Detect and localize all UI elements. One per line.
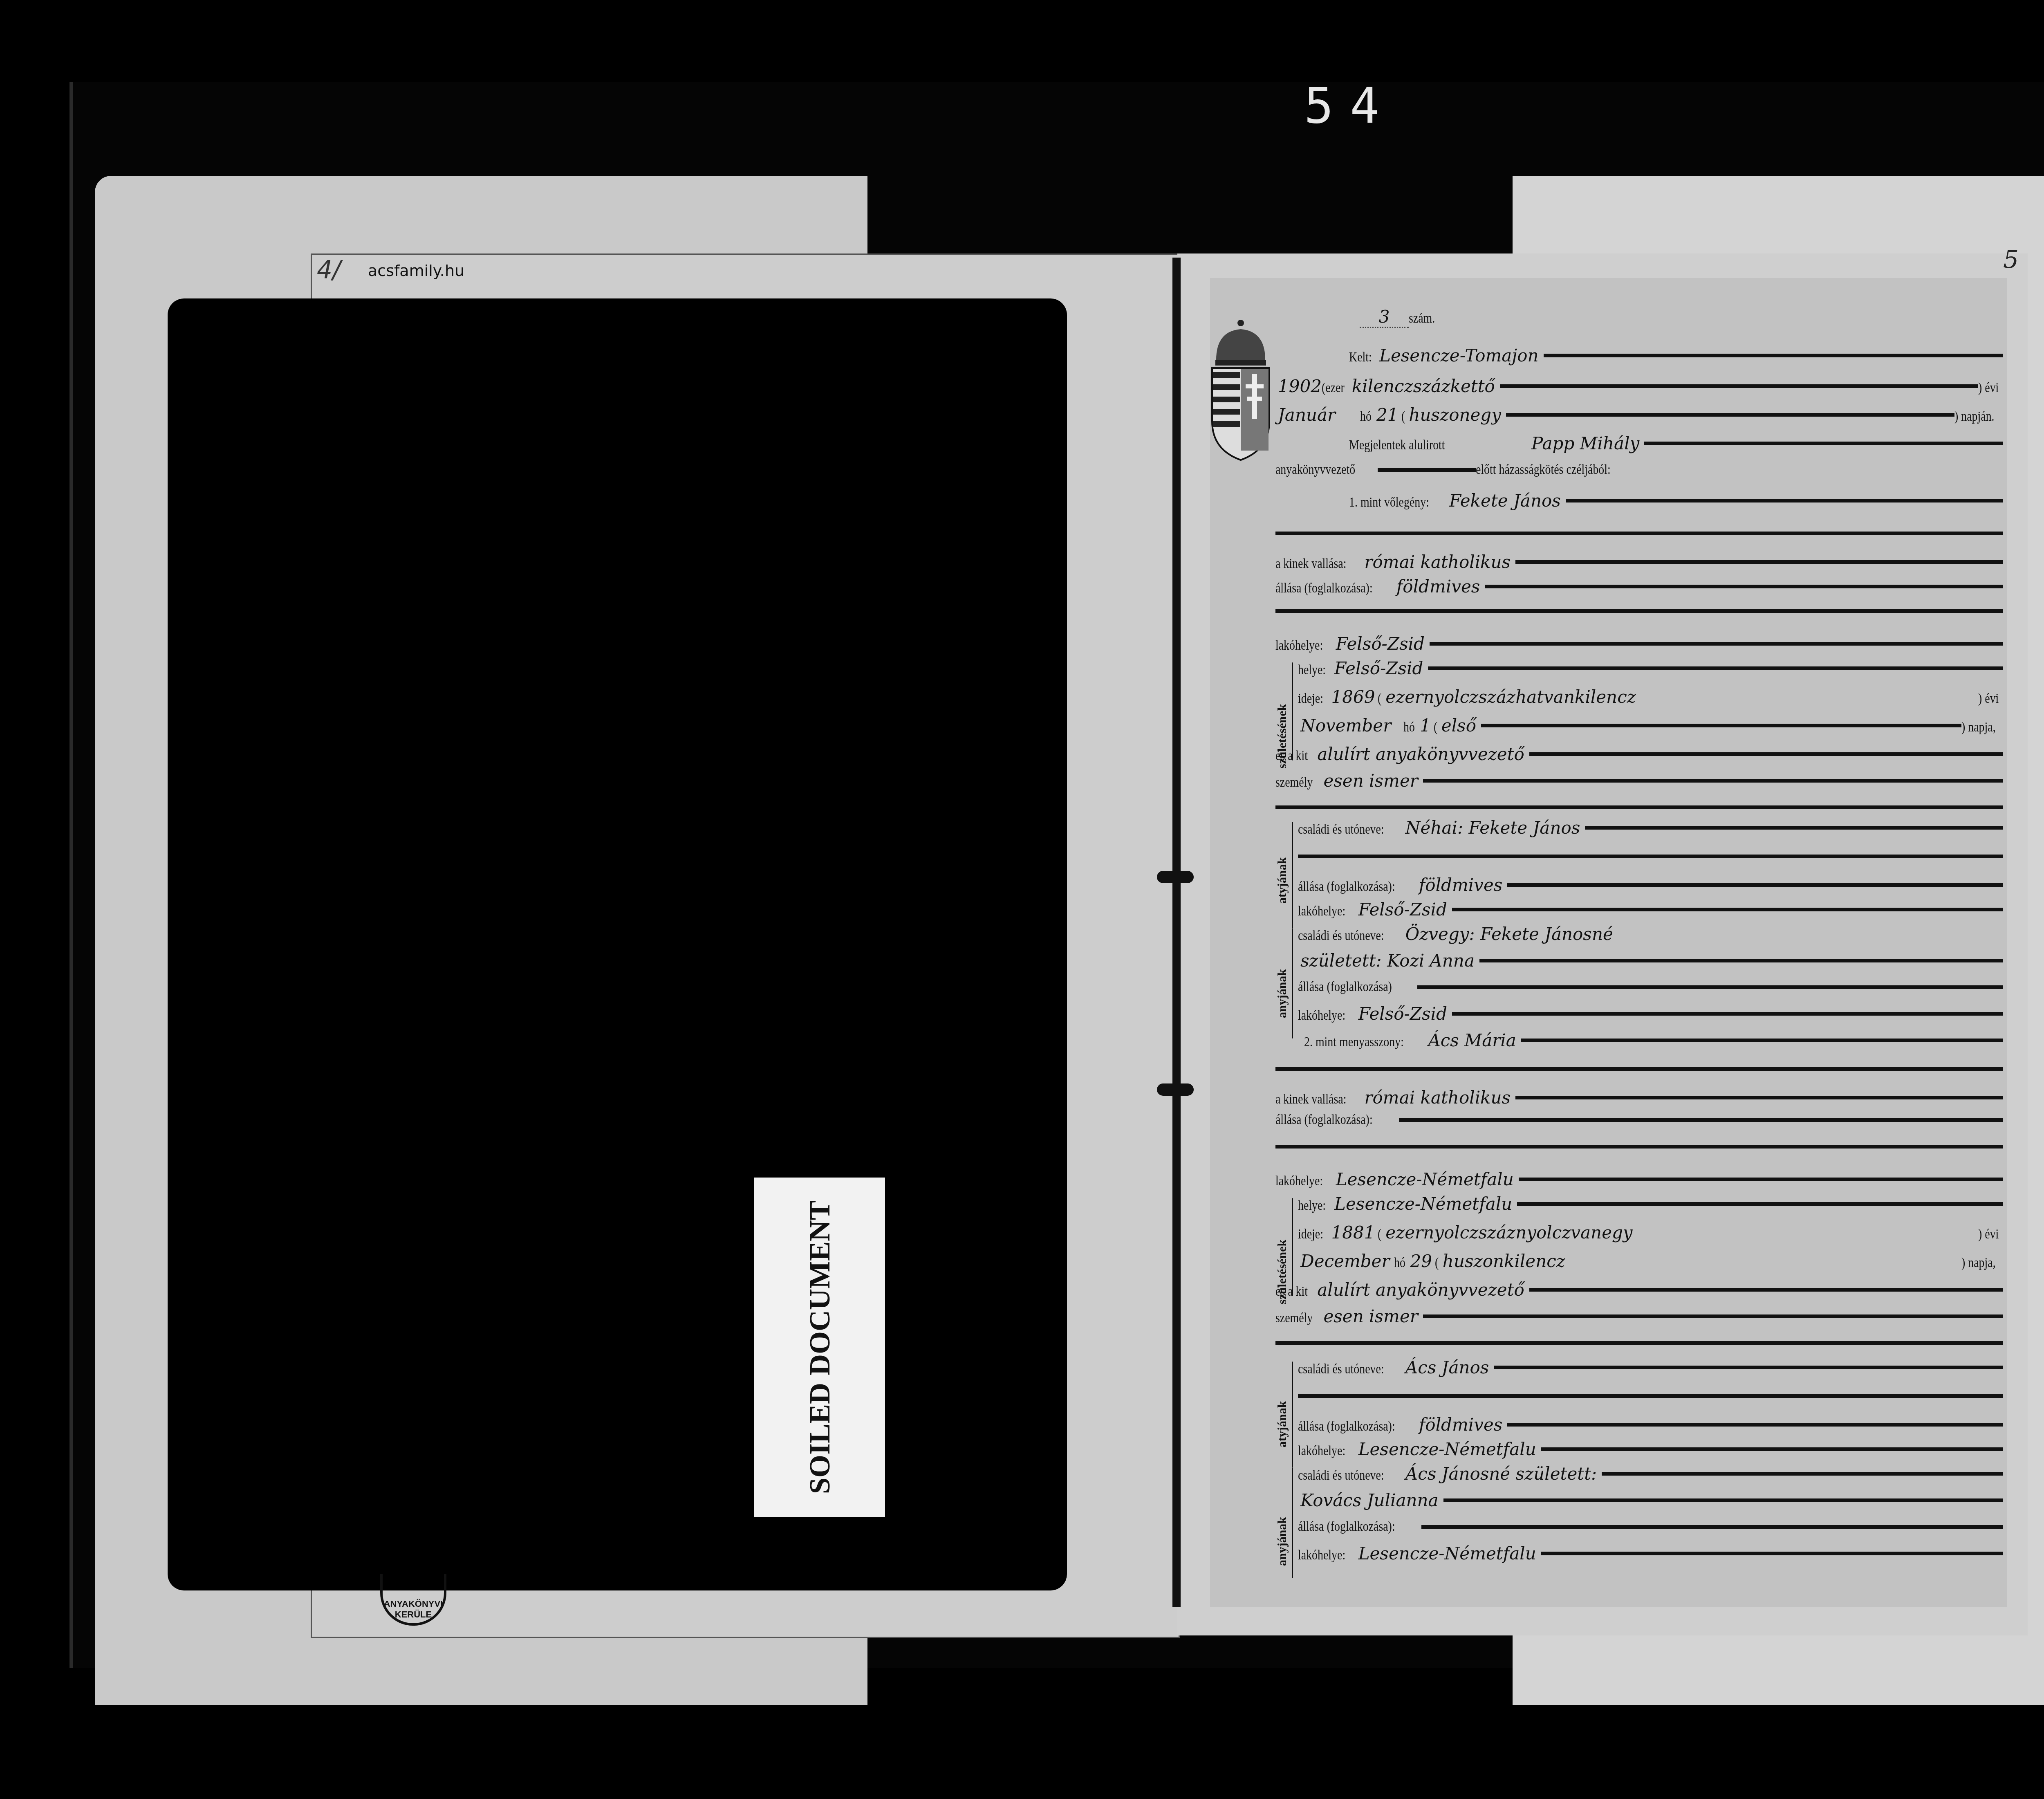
- hungarian-coat-of-arms-icon: [1200, 315, 1282, 462]
- groom-religion: római katholikus: [1364, 552, 1511, 572]
- bride-father-section-label: atyjának: [1275, 1401, 1289, 1447]
- watermark: acsfamily.hu: [368, 262, 464, 280]
- groom-occupation: földmives: [1396, 576, 1480, 597]
- groom-mother-section-label: anyjának: [1275, 969, 1289, 1018]
- binding-ring-icon: [1157, 871, 1194, 883]
- groom-mother-residence: Felső-Zsid: [1358, 1004, 1447, 1024]
- bride-birth-year-words: ezernyolczszáznyolczvanegy: [1385, 1223, 1632, 1243]
- soiled-document-text: SOILED DOCUMENT: [803, 1200, 837, 1494]
- left-margin-note: 4/: [317, 256, 341, 284]
- registry-stamp: ANYAKÖNYVI KERÜLE: [380, 1574, 446, 1626]
- registrar-name: Papp Mihály: [1531, 433, 1639, 453]
- groom-known-by: alulírt anyakönyvvezető: [1317, 744, 1524, 764]
- black-cover-sheet: [168, 298, 1067, 1590]
- kelt-value: Lesencze-Tomajon: [1379, 345, 1539, 366]
- bride-mother-residence: Lesencze-Németfalu: [1358, 1543, 1536, 1563]
- groom-personally: esen ismer: [1323, 771, 1418, 791]
- book-spine: [1172, 258, 1181, 1607]
- bride-religion: római katholikus: [1364, 1088, 1511, 1108]
- month: Január: [1278, 405, 1336, 425]
- bride-mother-name-2: Kovács Julianna: [1300, 1490, 1439, 1510]
- bride-birth-day: 29: [1410, 1251, 1432, 1271]
- groom-residence: Felső-Zsid: [1336, 634, 1425, 654]
- bride-father-occupation: földmives: [1419, 1415, 1503, 1435]
- bride-birth-year: 1881: [1331, 1223, 1375, 1243]
- groom-birth-place: Felső-Zsid: [1334, 658, 1423, 678]
- bride-father-name: Ács János: [1405, 1357, 1489, 1377]
- marriage-record-form: 3 szám. Kelt: Lesencze-Tomajon 1902 (eze…: [1275, 282, 2003, 1607]
- bride-birth-place: Lesencze-Németfalu: [1334, 1194, 1512, 1214]
- bride-name: Ács Mária: [1428, 1030, 1516, 1050]
- bride-known-by: alulírt anyakönyvvezető: [1317, 1280, 1524, 1300]
- bride-birth-month: December: [1300, 1251, 1390, 1271]
- groom-birth-day: 1: [1420, 716, 1431, 736]
- day: 21: [1376, 405, 1398, 425]
- kelt-label: Kelt:: [1349, 350, 1372, 365]
- groom-birth-year-words: ezernyolczszázhatvankilencz: [1385, 687, 1636, 707]
- groom-father-section-label: atyjának: [1275, 857, 1289, 904]
- groom-name: Fekete János: [1449, 491, 1561, 511]
- bride-birth-day-words: huszonkilencz: [1443, 1251, 1565, 1271]
- groom-birth-year: 1869: [1331, 687, 1375, 707]
- bride-residence: Lesencze-Németfalu: [1336, 1169, 1514, 1189]
- bride-father-residence: Lesencze-Németfalu: [1358, 1439, 1536, 1459]
- soiled-document-label: SOILED DOCUMENT: [754, 1178, 885, 1517]
- groom-mother-name-2: született: Kozi Anna: [1300, 951, 1475, 971]
- record-number: 3: [1360, 307, 1409, 328]
- frame-counter: 54: [1304, 78, 1396, 135]
- bride-mother-section-label: anyjának: [1275, 1517, 1289, 1566]
- groom-father-residence: Felső-Zsid: [1358, 899, 1447, 920]
- page-number: 5: [2003, 245, 2019, 274]
- groom-mother-name-1: Özvegy: Fekete Jánosné: [1405, 924, 1613, 944]
- groom-birth-day-words: első: [1441, 716, 1476, 736]
- year-words: kilenczszázkettő: [1352, 376, 1495, 396]
- day-words: huszonegy: [1409, 405, 1501, 425]
- bride-mother-name-1: Ács Jánosné született:: [1405, 1464, 1597, 1484]
- bride-personally: esen ismer: [1323, 1306, 1418, 1326]
- stamp-text: ANYAKÖNYVI KERÜLE: [383, 1599, 444, 1620]
- binding-ring-icon: [1157, 1083, 1194, 1096]
- groom-father-name: Néhai: Fekete János: [1405, 818, 1580, 838]
- number-label: szám.: [1409, 311, 1435, 326]
- groom-birth-month: November: [1300, 716, 1391, 736]
- groom-father-occupation: földmives: [1419, 875, 1503, 895]
- year-digits: 1902: [1278, 376, 1322, 396]
